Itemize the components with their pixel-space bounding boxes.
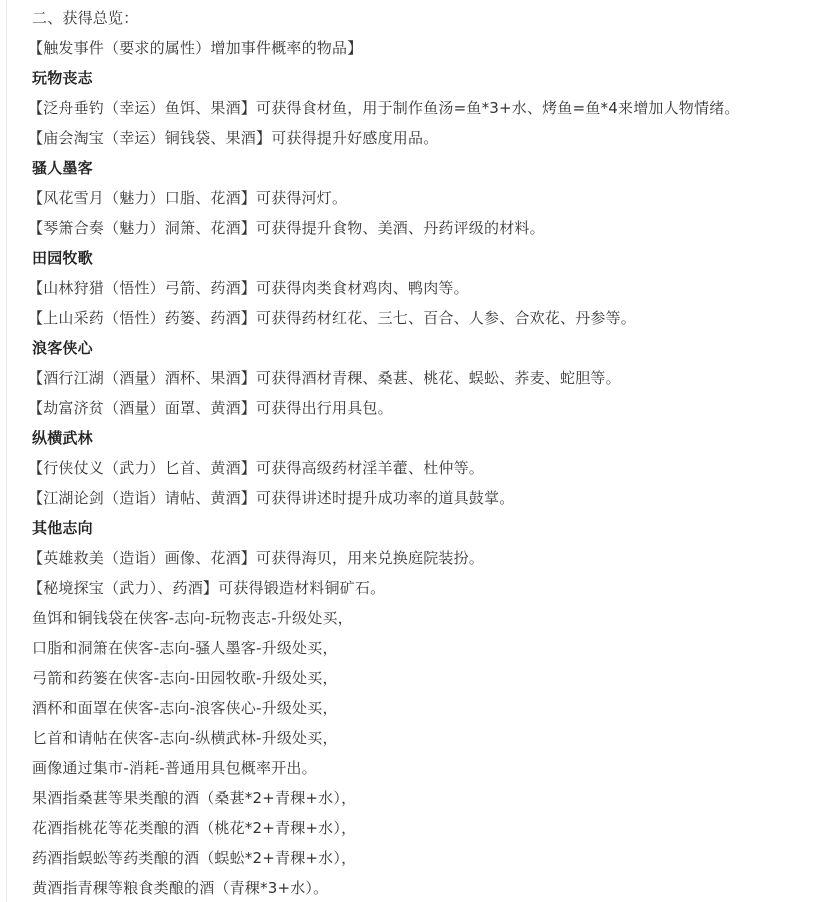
list-item: 【风花雪月（魅力）口脂、花酒】可获得河灯。: [28, 183, 824, 213]
list-item: 【英雄救美（造诣）画像、花酒】可获得海贝，用来兑换庭院装扮。: [28, 543, 824, 573]
subtitle: 【触发事件（要求的属性）增加事件概率的物品】: [28, 33, 824, 63]
left-border-divider: [6, 0, 7, 902]
note-line: 黄酒指青稞等粮食类酿的酒（青稞*3+水）。: [32, 873, 824, 902]
group-heading: 玩物丧志: [32, 63, 824, 93]
note-line: 弓箭和药篓在侠客-志向-田园牧歌-升级处买，: [32, 663, 824, 693]
list-item: 【劫富济贫（酒量）面罩、黄酒】可获得出行用具包。: [28, 393, 824, 423]
note-line: 匕首和请帖在侠客-志向-纵横武林-升级处买，: [32, 723, 824, 753]
article-body: 二、获得总览： 【触发事件（要求的属性）增加事件概率的物品】 玩物丧志 【泛舟垂…: [32, 3, 824, 902]
list-item: 【庙会淘宝（幸运）铜钱袋、果酒】可获得提升好感度用品。: [28, 123, 824, 153]
list-item: 【山林狩猎（悟性）弓箭、药酒】可获得肉类食材鸡肉、鸭肉等。: [28, 273, 824, 303]
note-line: 画像通过集市-消耗-普通用具包概率开出。: [32, 753, 824, 783]
list-item: 【江湖论剑（造诣）请帖、黄酒】可获得讲述时提升成功率的道具鼓掌。: [28, 483, 824, 513]
group-heading: 其他志向: [32, 513, 824, 543]
note-line: 药酒指蜈蚣等药类酿的酒（蜈蚣*2+青稞+水），: [32, 843, 824, 873]
group-heading: 纵横武林: [32, 423, 824, 453]
list-item: 【酒行江湖（酒量）酒杯、果酒】可获得酒材青稞、桑葚、桃花、蜈蚣、荞麦、蛇胆等。: [28, 363, 824, 393]
group-heading: 田园牧歌: [32, 243, 824, 273]
list-item: 【行侠仗义（武力）匕首、黄酒】可获得高级药材淫羊藿、杜仲等。: [28, 453, 824, 483]
note-line: 口脂和洞箫在侠客-志向-骚人墨客-升级处买，: [32, 633, 824, 663]
list-item: 【上山采药（悟性）药篓、药酒】可获得药材红花、三七、百合、人参、合欢花、丹参等。: [28, 303, 824, 333]
list-item: 【秘境探宝（武力）、药酒】可获得锻造材料铜矿石。: [28, 573, 824, 603]
section-title: 二、获得总览：: [32, 3, 824, 33]
list-item: 【琴箫合奏（魅力）洞箫、花酒】可获得提升食物、美酒、丹药评级的材料。: [28, 213, 824, 243]
note-line: 鱼饵和铜钱袋在侠客-志向-玩物丧志-升级处买，: [32, 603, 824, 633]
note-line: 酒杯和面罩在侠客-志向-浪客侠心-升级处买，: [32, 693, 824, 723]
note-line: 花酒指桃花等花类酿的酒（桃花*2+青稞+水），: [32, 813, 824, 843]
group-heading: 骚人墨客: [32, 153, 824, 183]
group-heading: 浪客侠心: [32, 333, 824, 363]
note-line: 果酒指桑葚等果类酿的酒（桑葚*2+青稞+水），: [32, 783, 824, 813]
list-item: 【泛舟垂钓（幸运）鱼饵、果酒】可获得食材鱼，用于制作鱼汤=鱼*3+水、烤鱼=鱼*…: [28, 93, 824, 123]
